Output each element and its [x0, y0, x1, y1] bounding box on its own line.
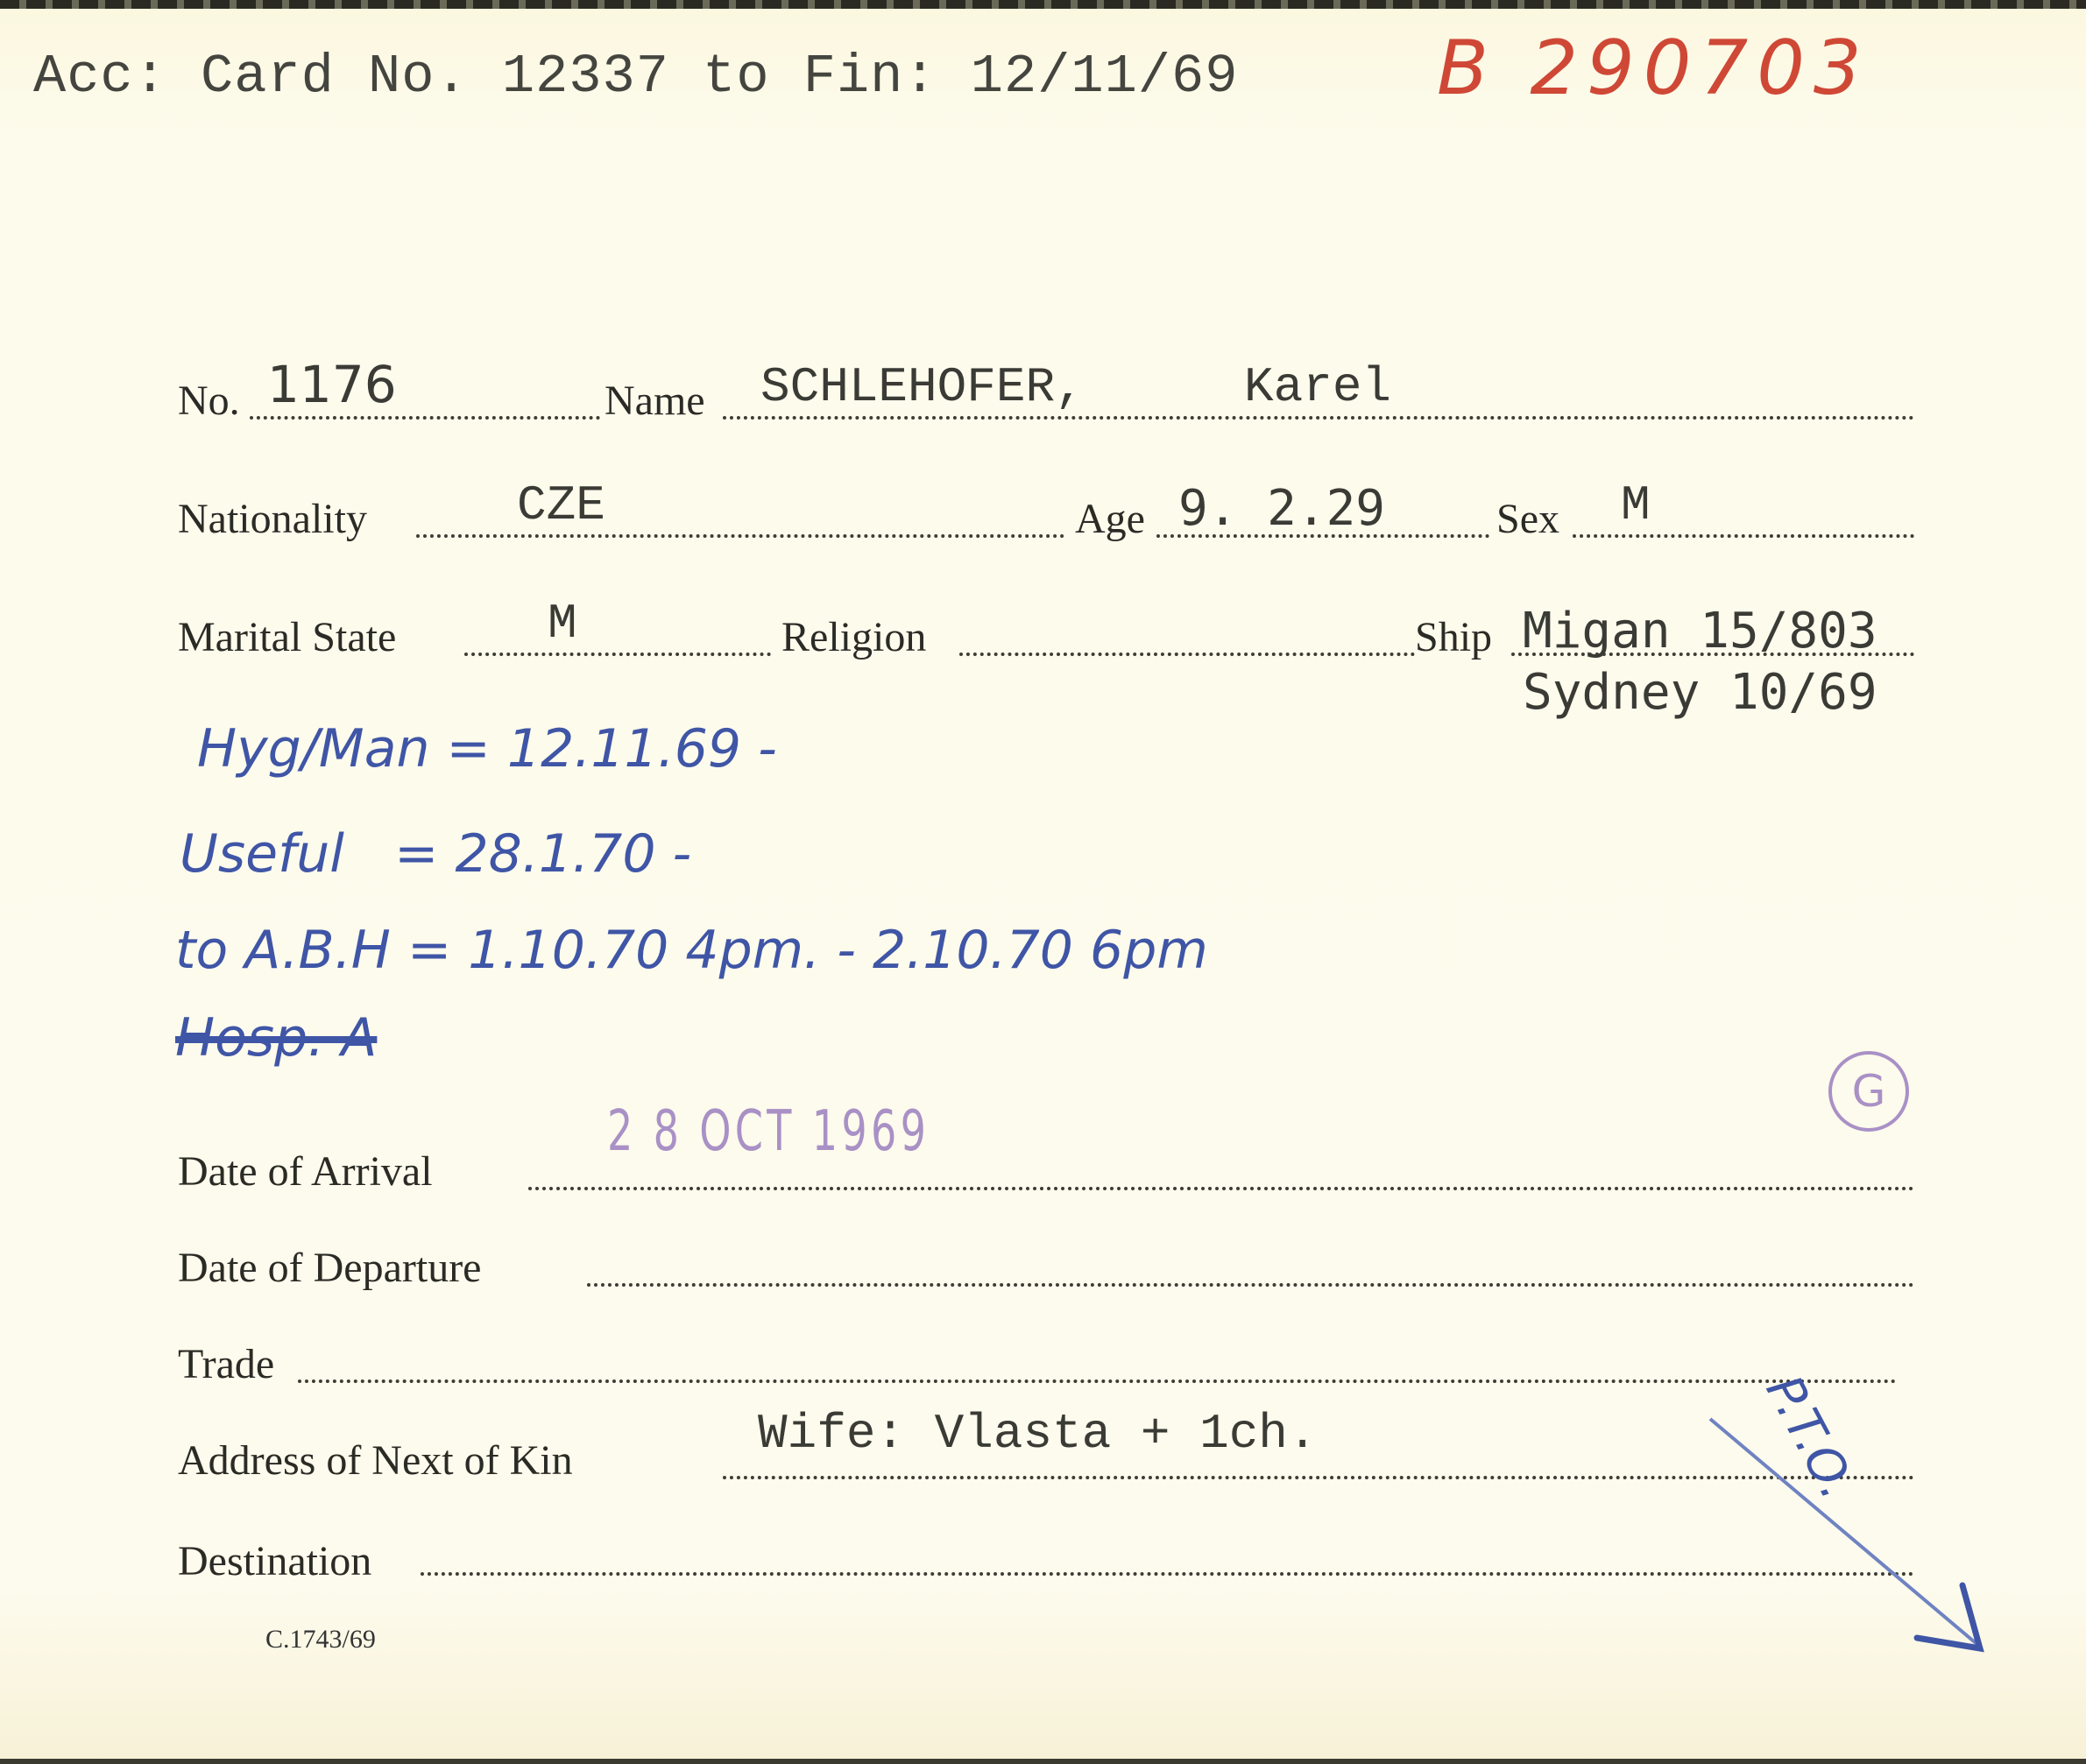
next-of-kin-value: Wife: Vlasta + 1ch.	[758, 1406, 1318, 1462]
form-code: C.1743/69	[265, 1625, 376, 1655]
label-sex: Sex	[1496, 495, 1559, 543]
surname-value: SCHLEHOFER,	[760, 359, 1085, 415]
registration-card: Acc: Card No. 12337 to Fin: 12/11/69 B 2…	[0, 0, 2086, 1764]
departure-field-line	[587, 1283, 1914, 1287]
nationality-field-line	[416, 534, 1064, 538]
label-next-of-kin: Address of Next of Kin	[178, 1436, 573, 1485]
accession-line: Acc: Card No. 12337 to Fin: 12/11/69	[33, 46, 1238, 108]
label-nationality: Nationality	[178, 495, 367, 543]
note-hosp-crossed: Hosp. A	[175, 1007, 377, 1069]
pto-arrow-icon	[1700, 1401, 1998, 1664]
label-marital-state: Marital State	[178, 613, 396, 661]
no-field-line	[250, 416, 600, 420]
label-no: No.	[178, 377, 240, 425]
name-field-line	[723, 416, 1914, 420]
sex-value: M	[1621, 477, 1651, 533]
trade-field-line	[298, 1379, 1897, 1383]
card-bottom-edge	[0, 1759, 2086, 1764]
red-reference-number: B 290703	[1437, 25, 1870, 112]
label-trade: Trade	[178, 1340, 274, 1388]
label-destination: Destination	[178, 1537, 371, 1585]
note-useful: Useful = 28.1.70 -	[180, 823, 691, 885]
label-date-of-arrival: Date of Arrival	[178, 1147, 433, 1196]
marital-state-value: M	[548, 596, 577, 652]
note-hyg-man: Hyg/Man = 12.11.69 -	[197, 718, 777, 780]
label-age: Age	[1075, 495, 1145, 543]
ship-arrival-value: Sydney 10/69	[1523, 664, 1877, 721]
ship-value: Migan 15/803	[1523, 603, 1877, 660]
religion-field-line	[959, 653, 1415, 656]
g-circle-stamp: G	[1828, 1051, 1909, 1132]
label-ship: Ship	[1415, 613, 1492, 661]
given-name-value: Karel	[1244, 359, 1391, 415]
label-date-of-departure: Date of Departure	[178, 1244, 481, 1292]
arrival-field-line	[528, 1187, 1914, 1190]
age-value: 9. 2.29	[1178, 480, 1385, 537]
nationality-value: CZE	[517, 477, 605, 533]
no-value: 1176	[267, 355, 397, 414]
destination-field-line	[421, 1572, 1914, 1576]
card-top-edge	[0, 0, 2086, 9]
label-religion: Religion	[781, 613, 926, 661]
arrival-date-stamp: 2 8 OCT 1969	[607, 1099, 930, 1164]
label-name: Name	[605, 377, 705, 425]
marital-field-line	[464, 653, 771, 656]
sex-field-line	[1573, 534, 1914, 538]
note-to-abh: to A.B.H = 1.10.70 4pm. - 2.10.70 6pm	[175, 920, 1208, 981]
